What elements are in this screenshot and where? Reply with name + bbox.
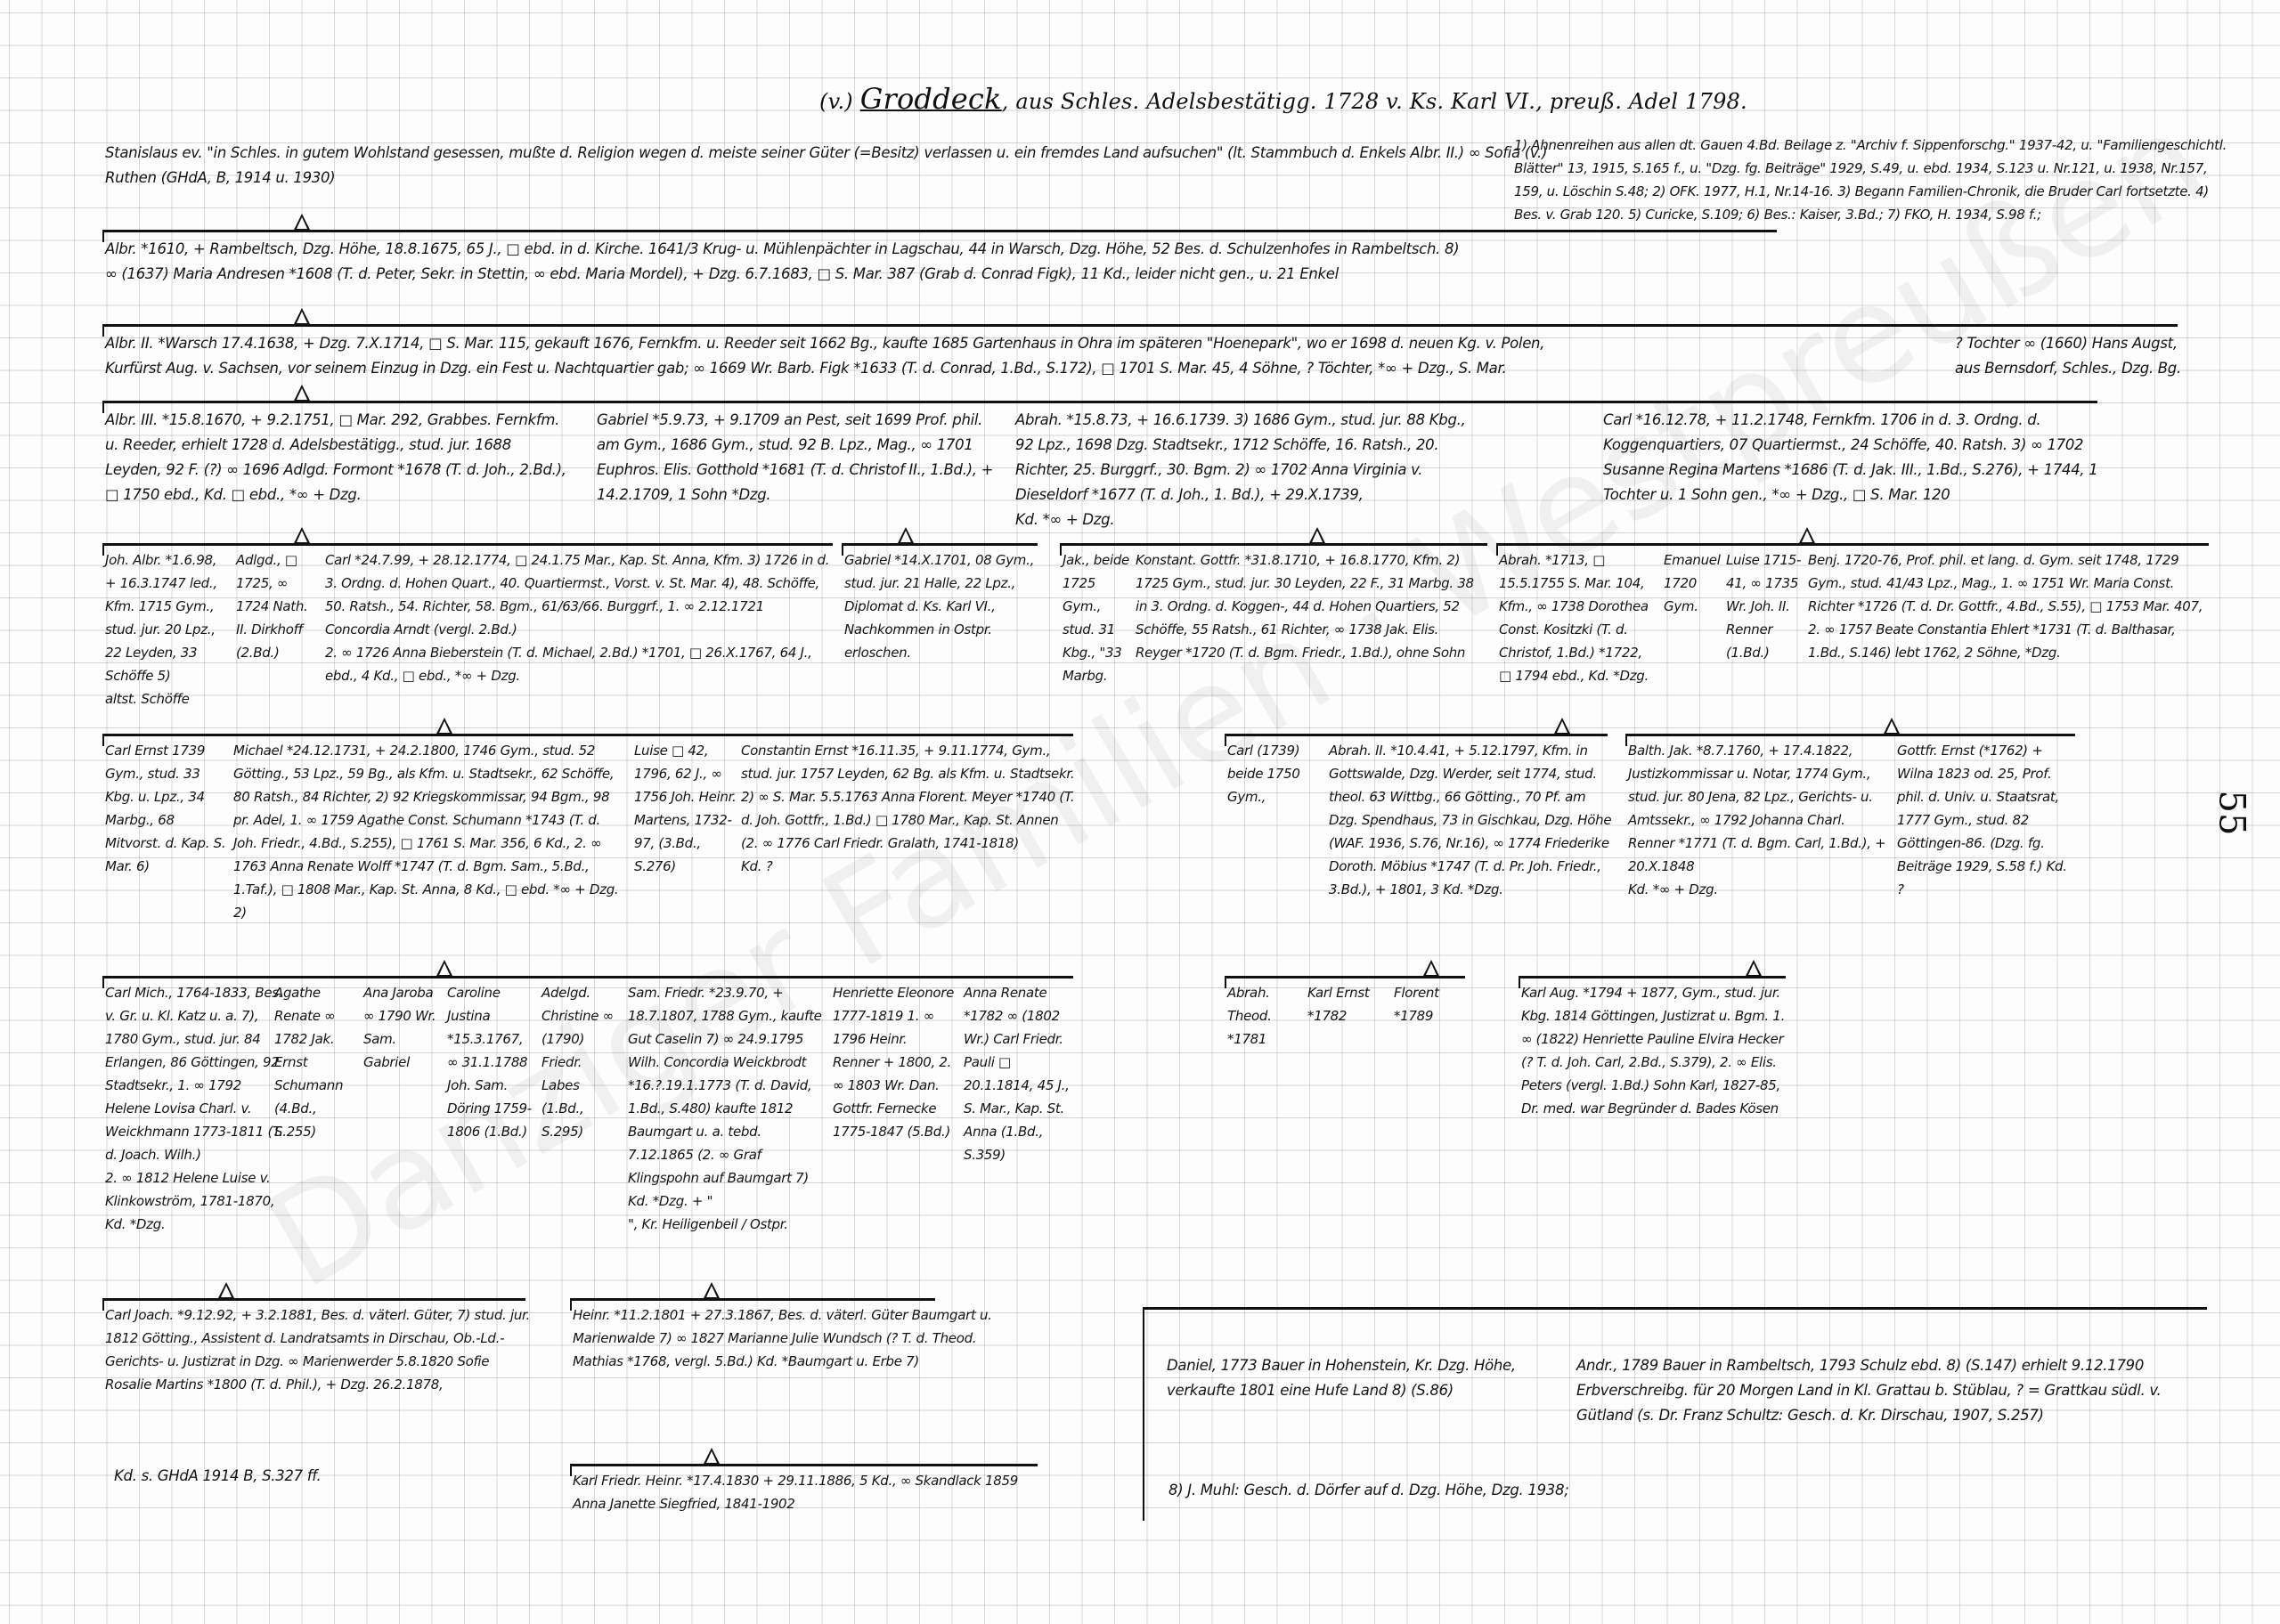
entry-carl-mich: Carl Mich., 1764-1833, Bes. v. Gr. u. Kl… [105,981,288,1236]
entry-albr-3: Albr. III. *15.8.1670, + 9.2.1751, □ Mar… [105,408,568,507]
entry-karl-ernst: Karl Ernst *1782 [1307,981,1379,1027]
family-name: Groddeck [860,82,1002,116]
entry-sam-friedr: Sam. Friedr. *23.9.70, + 18.7.1807, 1788… [628,981,824,1236]
generation-bar [1143,1307,2207,1310]
entry-luise-2: Luise □ 42, 1796, 62 J., ∞ 1756 Joh. Hei… [634,739,737,878]
entry-andr: Andr., 1789 Bauer in Rambeltsch, 1793 Sc… [1576,1353,2200,1428]
generation-bar [102,401,2097,403]
entry-abrah: Abrah. *15.8.73, + 16.6.1739. 3) 1686 Gy… [1015,408,1478,532]
entry-adelgd: Adelgd. Christine ∞ (1790) Friedr. Labes… [541,981,622,1143]
entry-ana-jaroba: Ana Jaroba ∞ 1790 Wr. Sam. Gabriel [363,981,444,1074]
entry-constantin: Constantin Ernst *16.11.35, + 9.11.1774,… [741,739,1079,878]
entry-heinr: Heinr. *11.2.1801 + 27.3.1867, Bes. d. v… [573,1303,1027,1373]
entry-emanuel: Emanuel 1720 Gym. [1664,548,1722,618]
generation-bar [102,976,1073,978]
tree-connector [1423,960,1439,976]
entry-agathe: Agathe Renate ∞ 1782 Jak. Ernst Schumann… [274,981,359,1143]
generation-bar [1060,543,1487,546]
page-number: 55 [2211,791,2251,836]
tree-connector [1746,960,1762,976]
title-rest: , aus Schles. Adelsbestätigg. 1728 v. Ks… [1002,89,1747,114]
entry-daniel: Daniel, 1773 Bauer in Hohenstein, Kr. Dz… [1167,1353,1550,1403]
entry-anna-renate: Anna Renate *1782 ∞ (1802 Wr.) Carl Frie… [964,981,1075,1166]
generation-bar [570,1298,935,1301]
tree-connector [1799,527,1815,543]
entry-henriette: Henriette Eleonore 1777-1819 1. ∞ 1796 H… [833,981,957,1143]
tree-connector [704,1448,720,1464]
entry-karl-aug: Karl Aug. *1794 + 1877, Gym., stud. jur.… [1521,981,1797,1120]
tree-connector [704,1282,720,1298]
tree-connector [436,960,452,976]
entry-carl-joach: Carl Joach. *9.12.92, + 3.2.1881, Bes. d… [105,1303,533,1396]
generation-bar [1225,976,1465,978]
tree-connector [218,1282,234,1298]
entry-abrah-3: Abrah. II. *10.4.41, + 5.12.1797, Kfm. i… [1329,739,1614,901]
entry-carl-2: Carl *24.7.99, + 28.12.1774, □ 24.1.75 M… [325,548,833,687]
generation-bar [1625,734,2075,736]
entry-jak: Jak., beide 1725 Gym., stud. 31 Kbg., "3… [1063,548,1129,687]
tree-connector [1309,527,1325,543]
entry-carl-ernst: Carl Ernst 1739 Gym., stud. 33 Kbg. u. L… [105,739,230,878]
footnote-8: 8) J. Muhl: Gesch. d. Dörfer auf d. Dzg.… [1168,1478,1970,1503]
tree-connector [294,308,310,324]
intro-stanislaus: Stanislaus ev. "in Schles. in gutem Wohl… [105,141,1575,191]
generation-bar [102,324,2178,327]
box-border [1143,1307,1144,1521]
entry-gottfr-ernst: Gottfr. Ernst (*1762) + Wilna 1823 od. 2… [1897,739,2075,901]
tree-connector [1554,718,1570,734]
entry-daughter: ? Tochter ∞ (1660) Hans Augst, aus Berns… [1955,331,2186,381]
entry-carl: Carl *16.12.78, + 11.2.1748, Fernkfm. 17… [1603,408,2102,507]
footnotes-top: 1) Ahnenreihen aus allen dt. Gauen 4.Bd.… [1514,134,2235,226]
title-prefix: (v.) [819,89,860,114]
generation-bar [570,1464,1038,1466]
generation-bar [102,1298,525,1301]
generation-bar [102,543,833,546]
generation-bar [102,230,1777,232]
entry-caroline: Caroline Justina *15.3.1767, ∞ 31.1.1788… [447,981,536,1143]
entry-albr-1: Albr. *1610, + Rambeltsch, Dzg. Höhe, 18… [105,237,1779,287]
generation-bar [102,734,1073,736]
tree-connector [294,527,310,543]
entry-luise: Luise 1715-41, ∞ 1735 Wr. Joh. II. Renne… [1726,548,1802,664]
entry-balth-jak: Balth. Jak. *8.7.1760, + 17.4.1822, Just… [1628,739,1895,901]
entry-florent: Florent *1789 [1394,981,1465,1027]
entry-joh-albr: Joh. Albr. *1.6.98, + 16.3.1747 led., Kf… [105,548,225,710]
entry-benj: Benj. 1720-76, Prof. phil. et lang. d. G… [1808,548,2209,664]
entry-adlgd: Adlgd., □ 1725, ∞ 1724 Nath. II. Dirkhof… [236,548,316,664]
tree-connector [294,385,310,401]
tree-connector [436,718,452,734]
generation-bar [1225,734,1608,736]
generation-bar [1496,543,2209,546]
entry-abrah-2: Abrah. *1713, □ 15.5.1755 S. Mar. 104, K… [1499,548,1655,687]
entry-carl-3: Carl (1739) beide 1750 Gym., [1227,739,1325,808]
generation-bar [842,543,1038,546]
entry-gabriel: Gabriel *5.9.73, + 9.1709 an Pest, seit … [597,408,1006,507]
tree-connector [1884,718,1900,734]
tree-connector [898,527,914,543]
entry-karl-friedr-heinr: Karl Friedr. Heinr. *17.4.1830 + 29.11.1… [573,1469,1045,1515]
entry-abrah-theod: Abrah. Theod. *1781 [1227,981,1299,1051]
tree-connector [294,214,310,230]
entry-gabriel-2: Gabriel *14.X.1701, 08 Gym., stud. jur. … [844,548,1036,664]
entry-konstant: Konstant. Gottfr. *31.8.1710, + 16.8.177… [1136,548,1487,664]
page-title: (v.) Groddeck, aus Schles. Adelsbestätig… [819,82,1747,116]
entry-michael: Michael *24.12.1731, + 24.2.1800, 1746 G… [233,739,625,924]
generation-bar [1519,976,1786,978]
entry-carl-joach-note: Kd. s. GHdA 1914 B, S.327 ff. [114,1464,470,1489]
entry-albr-2: Albr. II. *Warsch 17.4.1638, + Dzg. 7.X.… [105,331,1940,381]
